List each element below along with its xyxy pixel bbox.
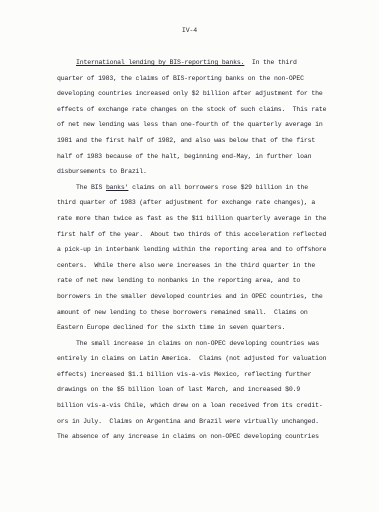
paragraph: International lending by BIS-reporting b… [57,55,327,180]
paragraph-line: first half of the year. About two thirds… [57,227,327,243]
paragraph-line: half of 1983 because of the halt, beginn… [57,149,327,165]
paragraph-line: disbursements to Brazil. [57,164,327,180]
paragraph-line: borrowers in the smaller developed count… [57,289,327,305]
paragraph-line: effects of exchange rate changes on the … [57,102,327,118]
text-segment: entirely in claims on Latin America. Cla… [57,355,326,362]
text-segment: disbursements to Brazil. [57,168,147,175]
text-segment: rate more than twice as fast as the $11 … [57,215,326,222]
paragraph-line: ors in July. Claims on Argentina and Bra… [57,414,327,430]
underlined-text: International lending by BIS-reporting b… [76,59,244,66]
text-block: International lending by BIS-reporting b… [57,55,327,445]
paragraph-line: third quarter of 1983 (after adjustment … [57,195,327,211]
text-segment: The absence of any increase in claims on… [57,433,319,440]
text-segment: quarter of 1983, the claims of BIS-repor… [57,75,304,82]
text-segment: borrowers in the smaller developed count… [57,293,323,300]
text-segment: billion vis-a-vis Chile, which drew on a… [57,402,323,409]
text-segment: rate of net new lending to nonbanks in t… [57,277,300,284]
text-segment: first half of the year. About two thirds… [57,231,326,238]
text-segment: amount of new lending to these borrowers… [57,309,308,316]
text-segment: third quarter of 1983 (after adjustment … [57,199,315,206]
text-segment: In the third [244,59,296,66]
text-segment: of net new lending was less than one-fou… [57,121,323,128]
paragraph-first-line: The BIS banks' claims on all borrowers r… [57,180,327,196]
text-segment: effects of exchange rate changes on the … [57,106,326,113]
paragraph-line: amount of new lending to these borrowers… [57,305,327,321]
paragraph-first-line: International lending by BIS-reporting b… [57,55,327,71]
text-segment: claims on all borrowers rose $29 billion… [128,184,308,191]
text-segment: Eastern Europe declined for the sixth ti… [57,324,285,331]
paragraph-line: a pick-up in interbank lending within th… [57,242,327,258]
paragraph-line: entirely in claims on Latin America. Cla… [57,351,327,367]
text-segment: half of 1983 because of the halt, beginn… [57,153,311,160]
paragraph-line: Eastern Europe declined for the sixth ti… [57,320,327,336]
text-segment: The BIS [76,184,106,191]
paragraph-line: billion vis-a-vis Chile, which drew on a… [57,398,327,414]
text-segment: 1981 and the first half of 1982, and als… [57,137,315,144]
text-segment: ors in July. Claims on Argentina and Bra… [57,418,319,425]
text-segment: drawings on the $5 billion loan of last … [57,386,300,393]
paragraph-line: quarter of 1983, the claims of BIS-repor… [57,71,327,87]
text-segment: centers. While there also were increases… [57,262,315,269]
paragraph-line: of net new lending was less than one-fou… [57,117,327,133]
paragraph-line: developing countries increased only $2 b… [57,86,327,102]
text-segment: effects) increased $1.1 billion vis-a-vi… [57,371,311,378]
text-segment: developing countries increased only $2 b… [57,90,323,97]
text-segment: a pick-up in interbank lending within th… [57,246,326,253]
document-page: IV-4 International lending by BIS-report… [0,0,379,512]
paragraph: The small increase in claims on non-OPEC… [57,336,327,445]
paragraph: The BIS banks' claims on all borrowers r… [57,180,327,336]
paragraph-line: The absence of any increase in claims on… [57,429,327,445]
underlined-text: banks' [106,184,128,191]
paragraph-line: 1981 and the first half of 1982, and als… [57,133,327,149]
paragraph-line: drawings on the $5 billion loan of last … [57,382,327,398]
paragraph-line: rate of net new lending to nonbanks in t… [57,273,327,289]
paragraph-line: rate more than twice as fast as the $11 … [57,211,327,227]
paragraph-line: centers. While there also were increases… [57,258,327,274]
text-segment: The small increase in claims on non-OPEC… [76,340,319,347]
page-number: IV-4 [0,27,379,34]
paragraph-first-line: The small increase in claims on non-OPEC… [57,336,327,352]
paragraph-line: effects) increased $1.1 billion vis-a-vi… [57,367,327,383]
